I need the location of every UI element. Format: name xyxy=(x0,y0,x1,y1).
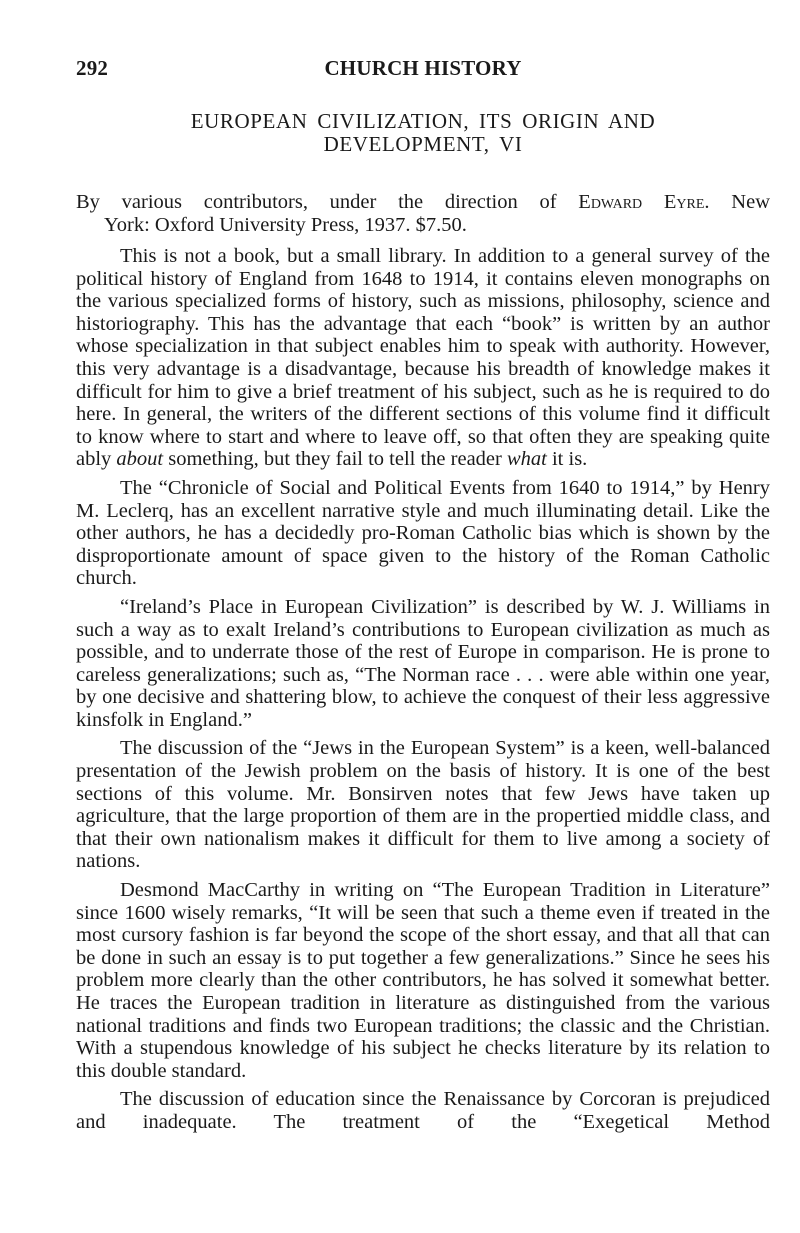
book-citation: By various contributors, under the direc… xyxy=(76,191,770,237)
article-title-line-1: EUROPEAN CIVILIZATION, ITS ORIGIN AND xyxy=(76,110,770,133)
article-title: EUROPEAN CIVILIZATION, ITS ORIGIN AND DE… xyxy=(76,110,770,156)
article-title-line-2: DEVELOPMENT, VI xyxy=(76,133,770,156)
citation-publisher: York: Oxford University Press, 1937. $7.… xyxy=(76,214,770,237)
paragraph-5: Desmond MacCarthy in writing on “The Eur… xyxy=(76,879,770,1082)
emphasis-what: what xyxy=(507,448,547,470)
paragraph-1-text-a: This is not a book, but a small library.… xyxy=(76,245,770,470)
citation-suffix: . New xyxy=(704,191,770,213)
citation-prefix: By various contributors, under the direc… xyxy=(76,191,578,213)
paragraph-1-text-b: something, but they fail to tell the rea… xyxy=(163,448,507,470)
running-head: 292 CHURCH HISTORY xyxy=(76,56,770,86)
emphasis-about: about xyxy=(116,448,163,470)
paragraph-1-text-c: it is. xyxy=(547,448,587,470)
journal-title: CHURCH HISTORY xyxy=(76,56,770,81)
paragraph-1: This is not a book, but a small library.… xyxy=(76,245,770,471)
paragraph-3: “Ireland’s Place in European Civilizatio… xyxy=(76,596,770,732)
paragraph-4: The discussion of the “Jews in the Europ… xyxy=(76,737,770,873)
citation-editor: Edward Eyre xyxy=(578,191,704,213)
paragraph-6: The discussion of education since the Re… xyxy=(76,1088,770,1133)
paragraph-2: The “Chronicle of Social and Political E… xyxy=(76,477,770,590)
review-body: This is not a book, but a small library.… xyxy=(76,245,770,1140)
